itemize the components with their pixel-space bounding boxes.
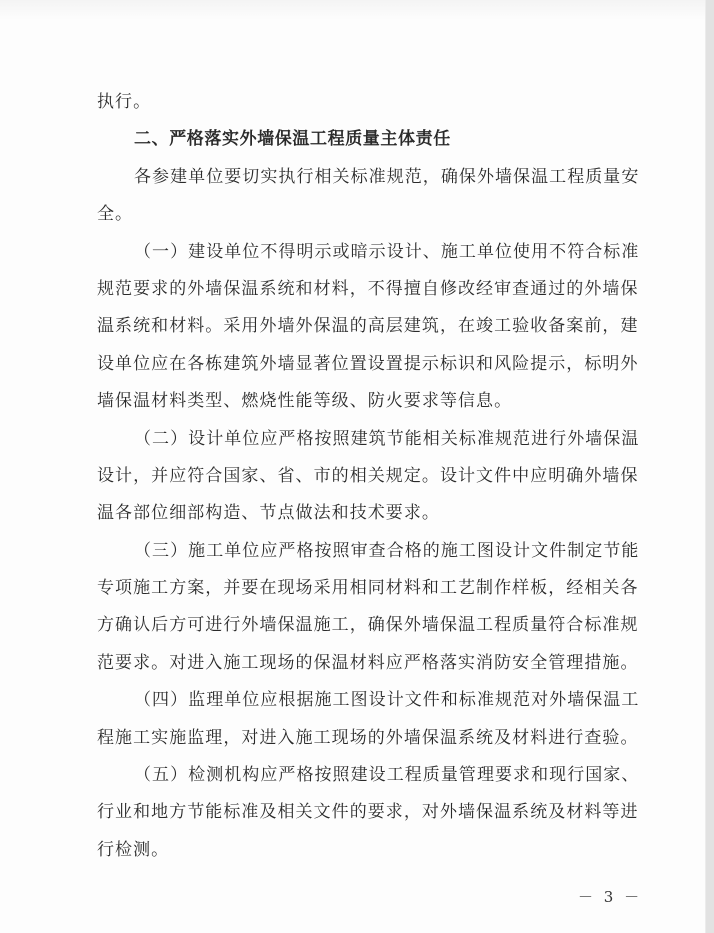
page-edge xyxy=(705,0,714,933)
text-line: 执行。 xyxy=(97,84,637,121)
text-line: （四）监理单位应根据施工图设计文件和标准规范对外墙保温工 xyxy=(97,682,637,719)
text-line: 温系统和材料。采用外墙外保温的高层建筑，在竣工验收备案前，建 xyxy=(97,308,637,345)
scan-top-shadow xyxy=(0,0,706,20)
text-line: 规范要求的外墙保温系统和材料，不得擅自修改经审查通过的外墙保 xyxy=(97,271,637,308)
document-page: 执行。二、严格落实外墙保温工程质量主体责任各参建单位要切实执行相关标准规范，确保… xyxy=(97,84,637,869)
text-line: 方确认后方可进行外墙保温施工，确保外墙保温工程质量符合标准规 xyxy=(97,607,637,644)
text-line: 各参建单位要切实执行相关标准规范，确保外墙保温工程质量安 xyxy=(97,159,637,196)
text-line: 程施工实施监理，对进入施工现场的外墙保温系统及材料进行查验。 xyxy=(97,720,637,757)
text-line: （五）检测机构应严格按照建设工程质量管理要求和现行国家、 xyxy=(97,757,637,794)
text-line: 墙保温材料类型、燃烧性能等级、防火要求等信息。 xyxy=(97,383,637,420)
text-line: 范要求。对进入施工现场的保温材料应严格落实消防安全管理措施。 xyxy=(97,645,637,682)
text-line: （三）施工单位应严格按照审查合格的施工图设计文件制定节能 xyxy=(97,533,637,570)
text-line: 行检测。 xyxy=(97,832,637,869)
text-line: （一）建设单位不得明示或暗示设计、施工单位使用不符合标准 xyxy=(97,234,637,271)
text-line: （二）设计单位应严格按照建筑节能相关标准规范进行外墙保温 xyxy=(97,421,637,458)
text-line: 设单位应在各栋建筑外墙显著位置设置提示标识和风险提示，标明外 xyxy=(97,346,637,383)
section-heading: 二、严格落实外墙保温工程质量主体责任 xyxy=(97,121,637,158)
text-line: 设计，并应符合国家、省、市的相关规定。设计文件中应明确外墙保 xyxy=(97,458,637,495)
text-line: 全。 xyxy=(97,196,637,233)
page-number: － 3 － xyxy=(578,886,642,907)
text-line: 专项施工方案，并要在现场采用相同材料和工艺制作样板，经相关各 xyxy=(97,570,637,607)
text-line: 温各部位细部构造、节点做法和技术要求。 xyxy=(97,495,637,532)
text-line: 行业和地方节能标准及相关文件的要求，对外墙保温系统及材料等进 xyxy=(97,794,637,831)
